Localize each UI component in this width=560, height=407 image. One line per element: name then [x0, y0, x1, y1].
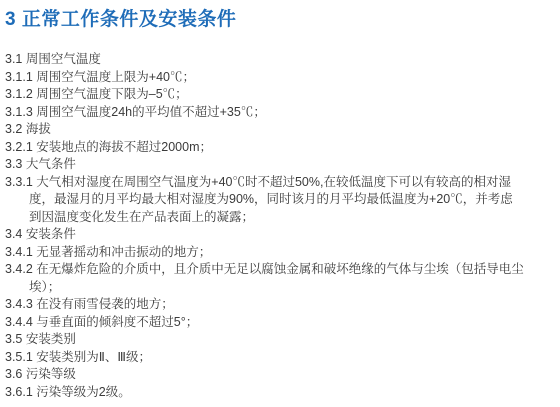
- section-heading: 3 正常工作条件及安装条件: [5, 8, 554, 31]
- line-3-3-1-cont-1: 度，最湿月的月平均最大相对湿度为90%，同时该月的月平均最低温度为+20℃，并考…: [5, 191, 554, 209]
- line-3-1-1: 3.1.1 周围空气温度上限为+40℃；: [5, 69, 554, 87]
- line-3-5: 3.5 安装类别: [5, 331, 554, 349]
- line-3-4-2-cont-1: 埃）；: [5, 279, 554, 297]
- line-3-4: 3.4 安装条件: [5, 226, 554, 244]
- line-3-3-1: 3.3.1 大气相对湿度在周围空气温度为+40℃时不超过50%,在较低温度下可以…: [5, 174, 554, 192]
- line-3-4-2: 3.4.2 在无爆炸危险的介质中，且介质中无足以腐蚀金属和破坏绝缘的气体与尘埃（…: [5, 261, 554, 279]
- line-3-3-1-cont-2: 到因温度变化发生在产品表面上的凝露；: [5, 209, 554, 227]
- line-3-4-1: 3.4.1 无显著摇动和冲击振动的地方；: [5, 244, 554, 262]
- line-3-2: 3.2 海拔: [5, 121, 554, 139]
- line-3-4-3: 3.4.3 在没有雨雪侵袭的地方；: [5, 296, 554, 314]
- document-page: 3 正常工作条件及安装条件 3.1 周围空气温度 3.1.1 周围空气温度上限为…: [0, 0, 560, 407]
- line-3-6: 3.6 污染等级: [5, 366, 554, 384]
- line-3-3: 3.3 大气条件: [5, 156, 554, 174]
- line-3-4-4: 3.4.4 与垂直面的倾斜度不超过5°；: [5, 314, 554, 332]
- section-body: 3.1 周围空气温度 3.1.1 周围空气温度上限为+40℃； 3.1.2 周围…: [5, 51, 554, 401]
- line-3-5-1: 3.5.1 安装类别为Ⅱ、Ⅲ级；: [5, 349, 554, 367]
- line-3-1-3: 3.1.3 周围空气温度24h的平均值不超过+35℃；: [5, 104, 554, 122]
- line-3-2-1: 3.2.1 安装地点的海拔不超过2000m；: [5, 139, 554, 157]
- line-3-1: 3.1 周围空气温度: [5, 51, 554, 69]
- line-3-1-2: 3.1.2 周围空气温度下限为–5℃；: [5, 86, 554, 104]
- line-3-6-1: 3.6.1 污染等级为2级。: [5, 384, 554, 402]
